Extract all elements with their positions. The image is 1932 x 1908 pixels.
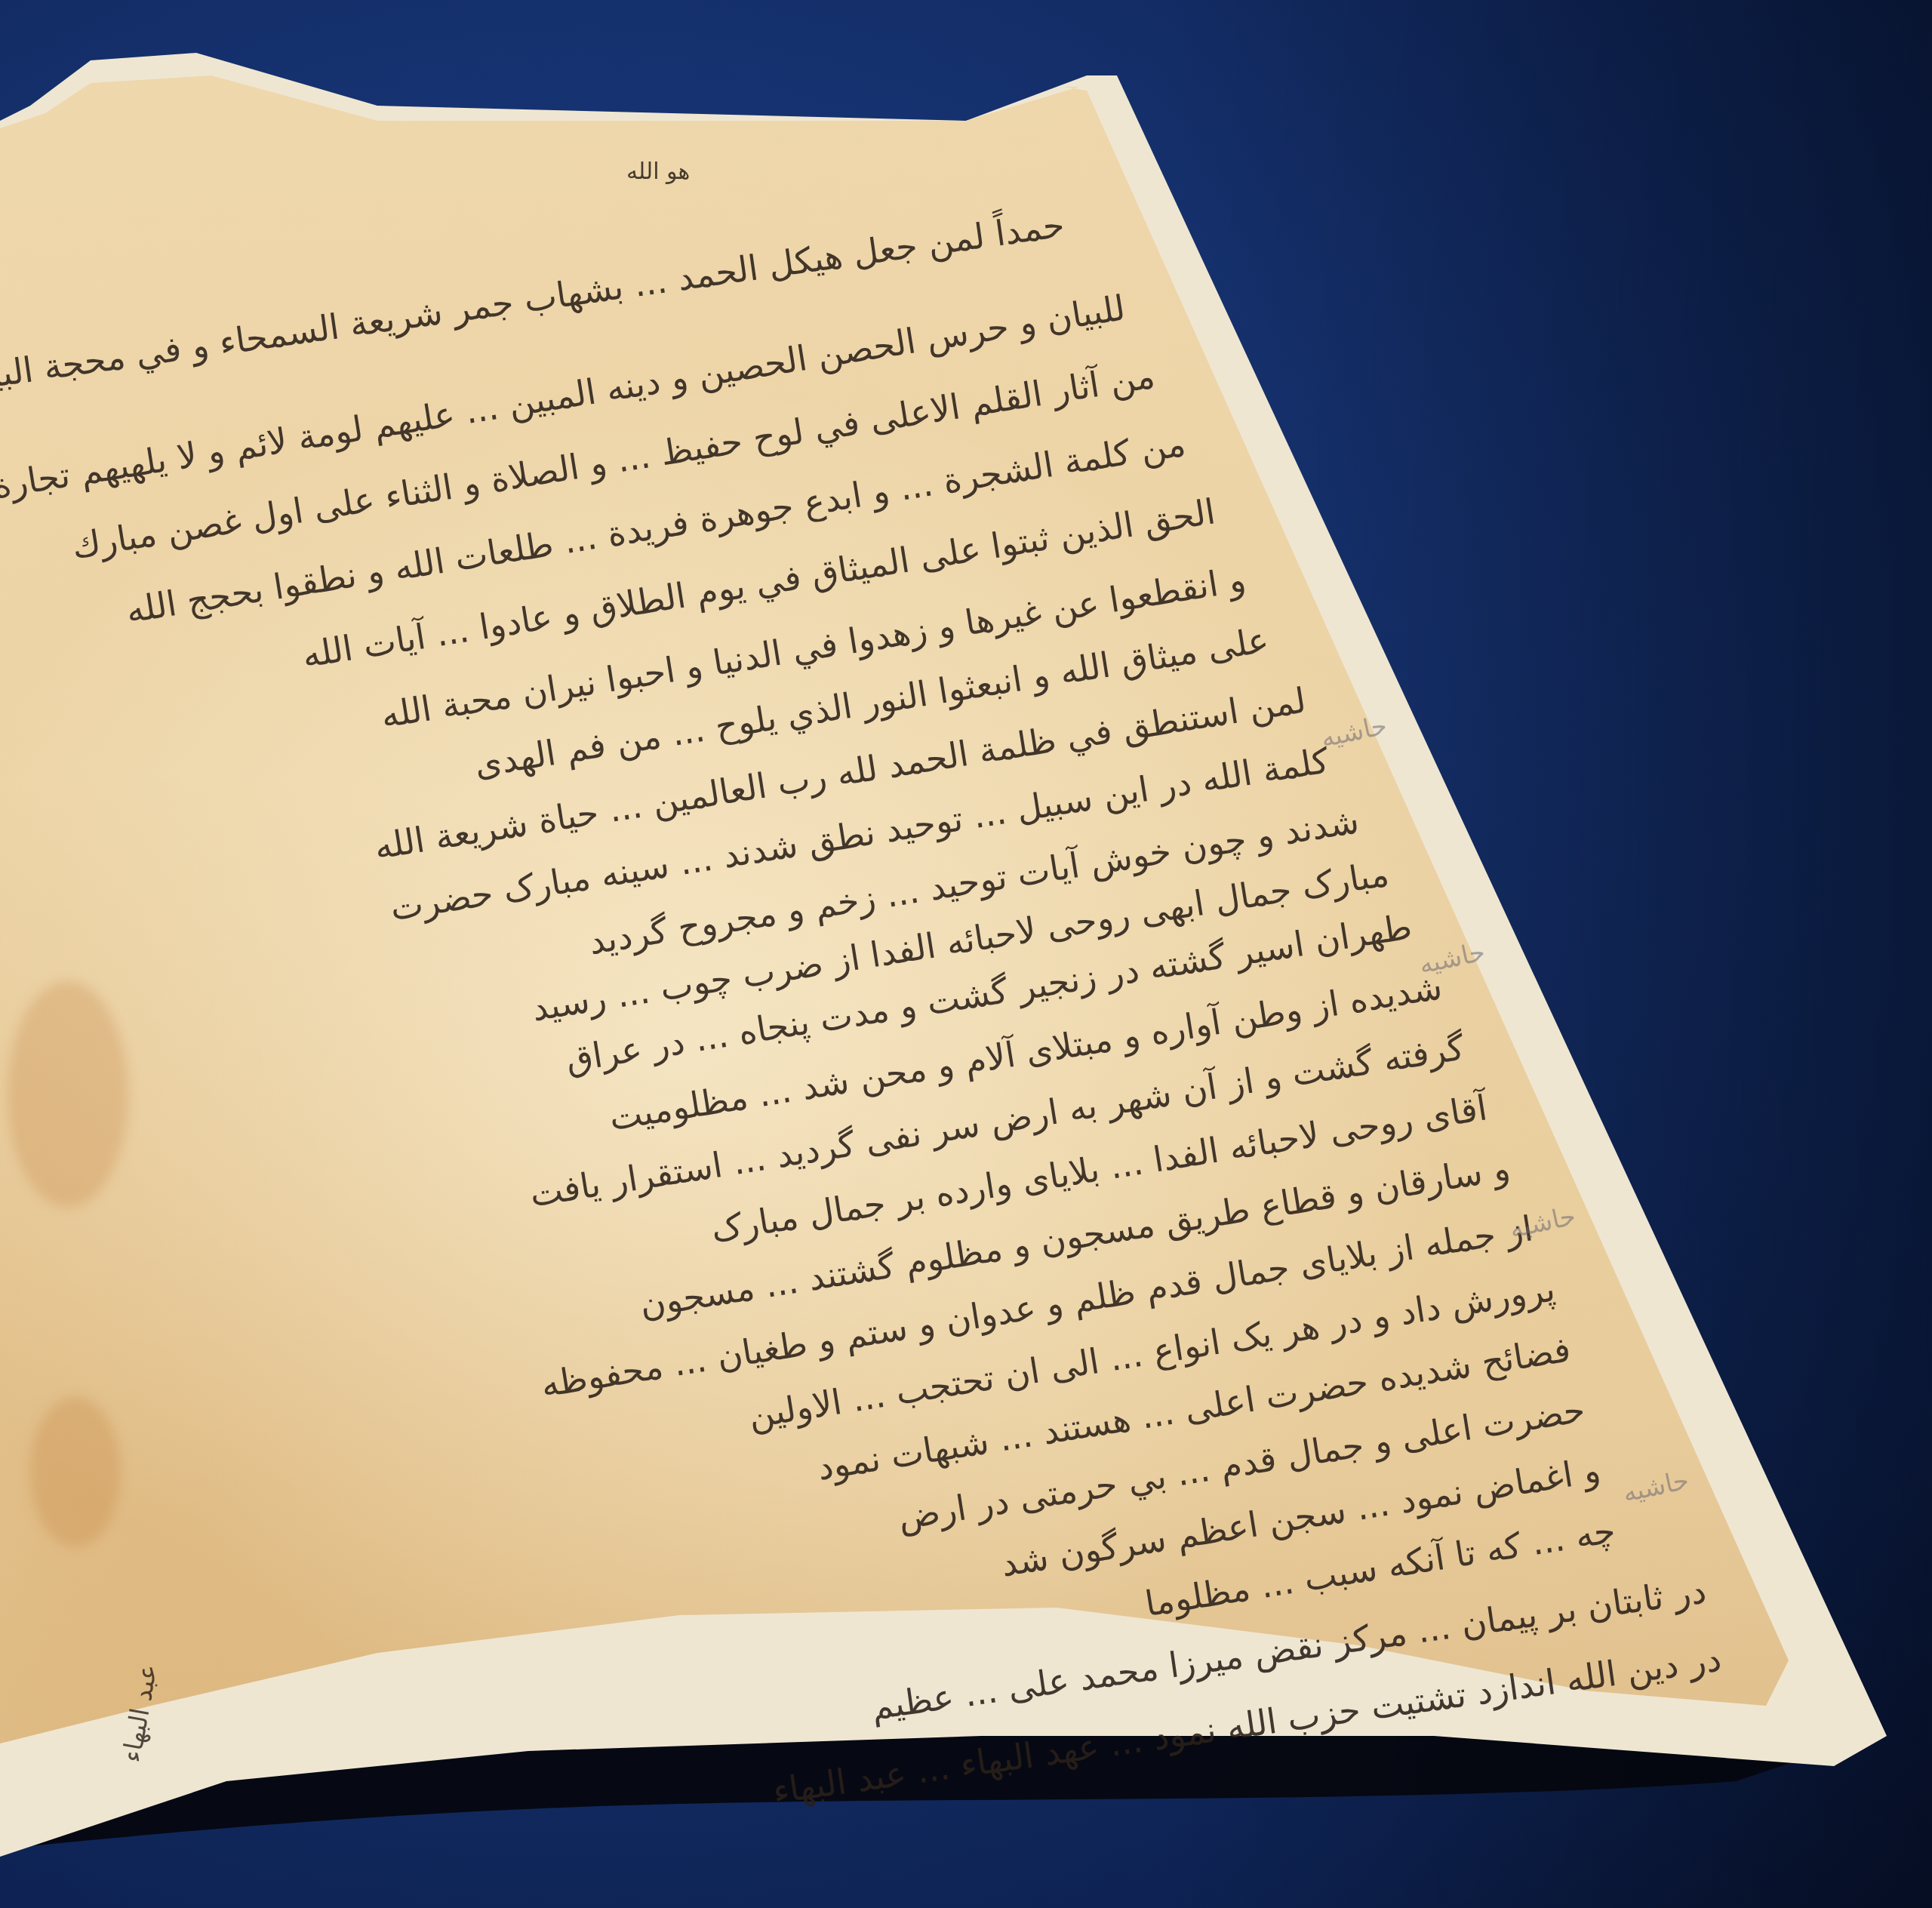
margin-note: حاشیه: [1620, 1465, 1692, 1508]
margin-note: حاشیه: [1417, 937, 1488, 980]
manuscript-heading: هو الله: [626, 158, 690, 185]
margin-note: حاشیه: [1507, 1201, 1579, 1244]
signature: عبد البهاء: [117, 1662, 164, 1765]
margin-note: حاشیه: [1318, 710, 1390, 753]
manuscript-content: هو الله حمداً لمن جعل هيكل الحمد ... بشه…: [0, 0, 1932, 1908]
manuscript-line: حمداً لمن جعل هيكل الحمد ... بشهاب جمر ش…: [0, 204, 1067, 403]
paper-stain: [30, 1396, 121, 1547]
paper-stain: [8, 981, 128, 1208]
